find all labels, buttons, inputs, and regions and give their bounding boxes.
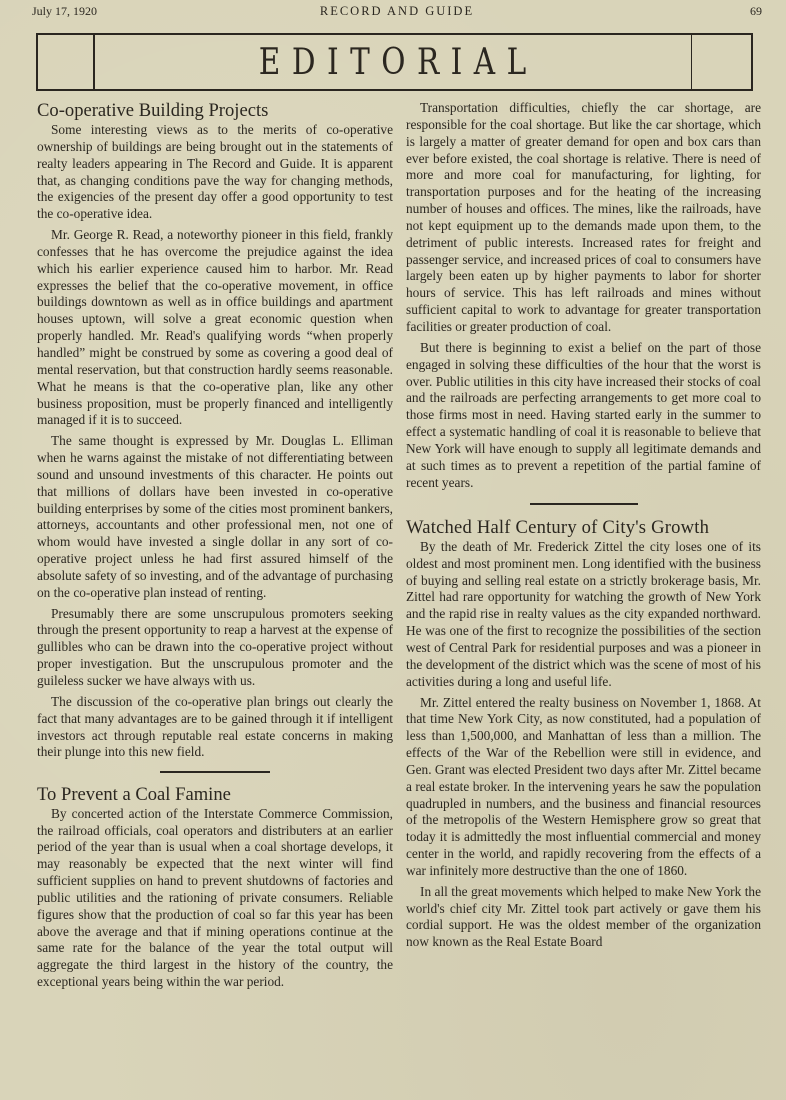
article-paragraph: But there is beginning to exist a belief… bbox=[406, 340, 761, 492]
section-divider-rule bbox=[530, 503, 638, 505]
article-paragraph: Mr. George R. Read, a noteworthy pioneer… bbox=[37, 227, 393, 429]
article-paragraph: Mr. Zittel entered the realty business o… bbox=[406, 695, 761, 880]
article-coal-famine: To Prevent a Coal Famine By concerted ac… bbox=[37, 784, 393, 991]
article-paragraph: The same thought is expressed by Mr. Dou… bbox=[37, 433, 393, 601]
column-left: Co-operative Building Projects Some inte… bbox=[37, 100, 393, 995]
newspaper-page: July 17, 1920 RECORD AND GUIDE 69 EDITOR… bbox=[0, 0, 786, 1100]
article-paragraph: By the death of Mr. Frederick Zittel the… bbox=[406, 539, 761, 691]
article-heading: Co-operative Building Projects bbox=[37, 100, 393, 122]
article-coal-famine-continued: Transportation difficulties, chiefly the… bbox=[406, 100, 761, 491]
article-paragraph: By concerted action of the Interstate Co… bbox=[37, 806, 393, 991]
publication-name: RECORD AND GUIDE bbox=[32, 4, 762, 19]
article-paragraph: In all the great movements which helped … bbox=[406, 884, 761, 951]
article-paragraph: The discussion of the co-operative plan … bbox=[37, 694, 393, 761]
article-heading: Watched Half Century of City's Growth bbox=[406, 517, 761, 539]
article-cooperative-building: Co-operative Building Projects Some inte… bbox=[37, 100, 393, 761]
article-paragraph: Some interesting views as to the merits … bbox=[37, 122, 393, 223]
article-paragraph: Presumably there are some unscrupulous p… bbox=[37, 606, 393, 690]
section-divider-rule bbox=[160, 771, 270, 773]
article-heading: To Prevent a Coal Famine bbox=[37, 784, 393, 806]
banner-divider-left bbox=[93, 35, 95, 89]
column-right: Transportation difficulties, chiefly the… bbox=[406, 100, 761, 955]
article-paragraph: Transportation difficulties, chiefly the… bbox=[406, 100, 761, 336]
running-head: July 17, 1920 RECORD AND GUIDE 69 bbox=[32, 4, 762, 20]
banner-divider-right bbox=[691, 35, 693, 89]
page-number: 69 bbox=[750, 4, 762, 19]
editorial-banner: EDITORIAL bbox=[36, 33, 753, 91]
section-title: EDITORIAL bbox=[149, 41, 637, 85]
article-zittel-obituary: Watched Half Century of City's Growth By… bbox=[406, 517, 761, 951]
